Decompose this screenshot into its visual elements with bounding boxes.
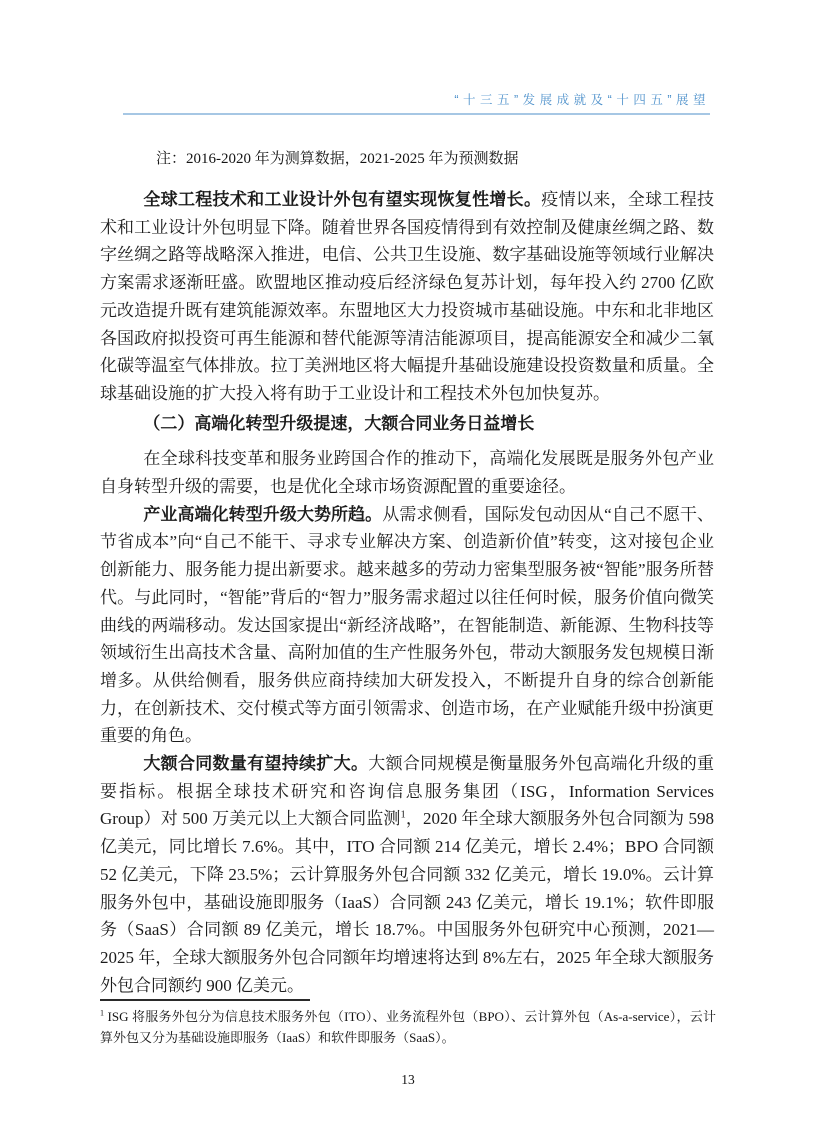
paragraph-global-engineering: 全球工程技术和工业设计外包有望实现恢复性增长。疫情以来，全球工程技术和工业设计外… — [100, 186, 714, 408]
paragraph-lead: 大额合同数量有望持续扩大。 — [143, 754, 368, 773]
page-number: 13 — [0, 1072, 816, 1088]
paragraph-high-end-intro: 在全球科技变革和服务业跨国合作的推动下，高端化发展既是服务外包产业自身转型升级的… — [100, 445, 714, 500]
paragraph-body: 疫情以来，全球工程技术和工业设计外包明显下降。随着世界各国疫情得到有效控制及健康… — [100, 190, 714, 403]
paragraph-body: 从需求侧看，国际发包动因从“自己不愿干、节省成本”向“自己不能干、寻求专业解决方… — [100, 505, 714, 746]
running-header-title: “十三五”发展成就及“十四五”展望 — [100, 90, 710, 108]
paragraph-lead: 产业高端化转型升级大势所趋。 — [143, 505, 382, 524]
footnote-divider — [100, 999, 310, 1001]
paragraph-lead: 全球工程技术和工业设计外包有望实现恢复性增长。 — [143, 190, 541, 209]
paragraph-body: 在全球科技变革和服务业跨国合作的推动下，高端化发展既是服务外包产业自身转型升级的… — [100, 449, 714, 496]
paragraph-large-contracts: 大额合同数量有望持续扩大。大额合同规模是衡量服务外包高端化升级的重要指标。根据全… — [100, 750, 714, 999]
document-page: “十三五”发展成就及“十四五”展望 注：2016-2020 年为测算数据，202… — [0, 0, 816, 1145]
body-text: 全球工程技术和工业设计外包有望实现恢复性增长。疫情以来，全球工程技术和工业设计外… — [100, 186, 714, 999]
figure-note: 注：2016-2020 年为测算数据，2021-2025 年为预测数据 — [156, 147, 519, 168]
footnote: 1 ISG 将服务外包分为信息技术服务外包（ITO）、业务流程外包（BPO）、云… — [100, 1006, 716, 1048]
paragraph-body: ，2020 年全球大额服务外包合同额为 598 亿美元，同比增长 7.6%。其中… — [100, 809, 714, 994]
section-heading: （二）高端化转型升级提速，大额合同业务日益增长 — [100, 410, 714, 438]
header-rule — [123, 113, 710, 115]
footnote-text: ISG 将服务外包分为信息技术服务外包（ITO）、业务流程外包（BPO）、云计算… — [100, 1009, 716, 1045]
paragraph-industry-upgrade: 产业高端化转型升级大势所趋。从需求侧看，国际发包动因从“自己不愿干、节省成本”向… — [100, 501, 714, 750]
